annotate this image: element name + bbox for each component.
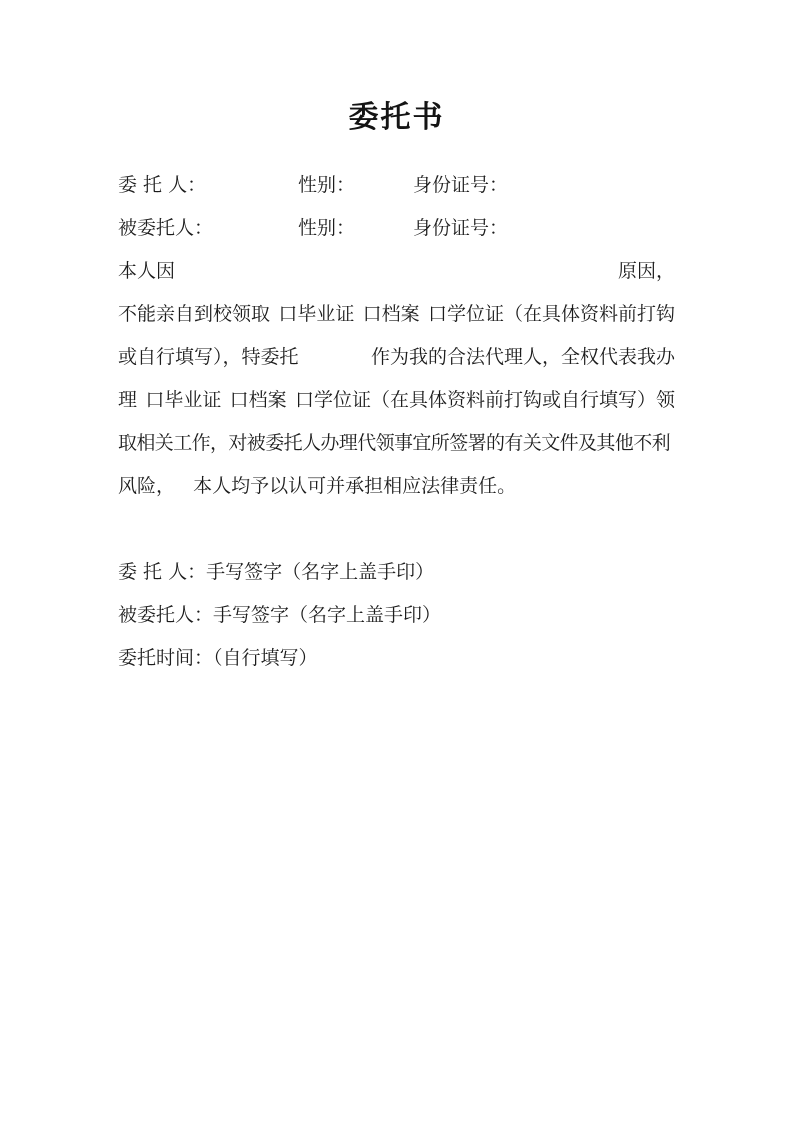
- items1-seg3-archive: 口档案: [363, 293, 420, 336]
- document-page: 委托书 委 托 人： 性别： 身份证号： 被委托人： 性别： 身份证号： 本人因…: [0, 0, 793, 1122]
- document-body: 委 托 人： 性别： 身份证号： 被委托人： 性别： 身份证号： 本人因 原因，…: [118, 164, 675, 680]
- liability2-suffix: 本人均予以认可并承担相应法律责任。: [193, 475, 516, 497]
- items2-seg2-diploma: 口毕业证: [145, 379, 221, 422]
- liability2-prefix: 风险，: [118, 475, 175, 497]
- items1-seg4-degree: 口学位证（在具体资料前打钩: [428, 293, 675, 336]
- items1-seg1: 不能亲自到校领取: [118, 293, 270, 336]
- principal-gender-label: 性别：: [298, 164, 355, 207]
- agent-gender-label: 性别：: [298, 207, 355, 250]
- document-title: 委托书: [0, 92, 793, 136]
- entrust-suffix: 作为我的合法代理人，全权代表我办: [371, 336, 675, 379]
- signature-line-agent: 被委托人：手写签字（名字上盖手印）: [118, 594, 675, 637]
- paragraph-line-reason: 本人因 原因，: [118, 250, 675, 293]
- items2-seg1: 理: [118, 379, 137, 422]
- entrust-prefix: 或自行填写），特委托: [118, 336, 299, 379]
- agent-field-row: 被委托人： 性别： 身份证号：: [118, 207, 675, 250]
- paragraph-line-liability1: 取相关工作，对被委托人办理代领事宜所签署的有关文件及其他不利: [118, 422, 675, 465]
- items2-seg3-archive: 口档案: [230, 379, 287, 422]
- principal-id-label: 身份证号：: [413, 164, 508, 207]
- reason-prefix: 本人因: [118, 250, 175, 293]
- items2-seg4-degree: 口学位证（在具体资料前打钩或自行填写）领: [295, 379, 675, 422]
- paragraph-line-items1: 不能亲自到校领取 口毕业证 口档案 口学位证（在具体资料前打钩: [118, 293, 675, 336]
- spacer-line: [118, 508, 675, 551]
- paragraph-line-items2: 理 口毕业证 口档案 口学位证（在具体资料前打钩或自行填写）领: [118, 379, 675, 422]
- paragraph-line-entrust: 或自行填写），特委托 作为我的合法代理人，全权代表我办: [118, 336, 675, 379]
- paragraph-line-liability2: 风险， 本人均予以认可并承担相应法律责任。: [118, 465, 675, 508]
- signature-line-date: 委托时间：（自行填写）: [118, 637, 675, 680]
- items1-seg2-diploma: 口毕业证: [278, 293, 354, 336]
- principal-label: 委 托 人：: [118, 174, 206, 196]
- principal-field-row: 委 托 人： 性别： 身份证号：: [118, 164, 675, 207]
- reason-suffix: 原因，: [618, 250, 675, 293]
- agent-label: 被委托人：: [118, 217, 213, 239]
- agent-id-label: 身份证号：: [413, 207, 508, 250]
- signature-line-principal: 委 托 人：手写签字（名字上盖手印）: [118, 551, 675, 594]
